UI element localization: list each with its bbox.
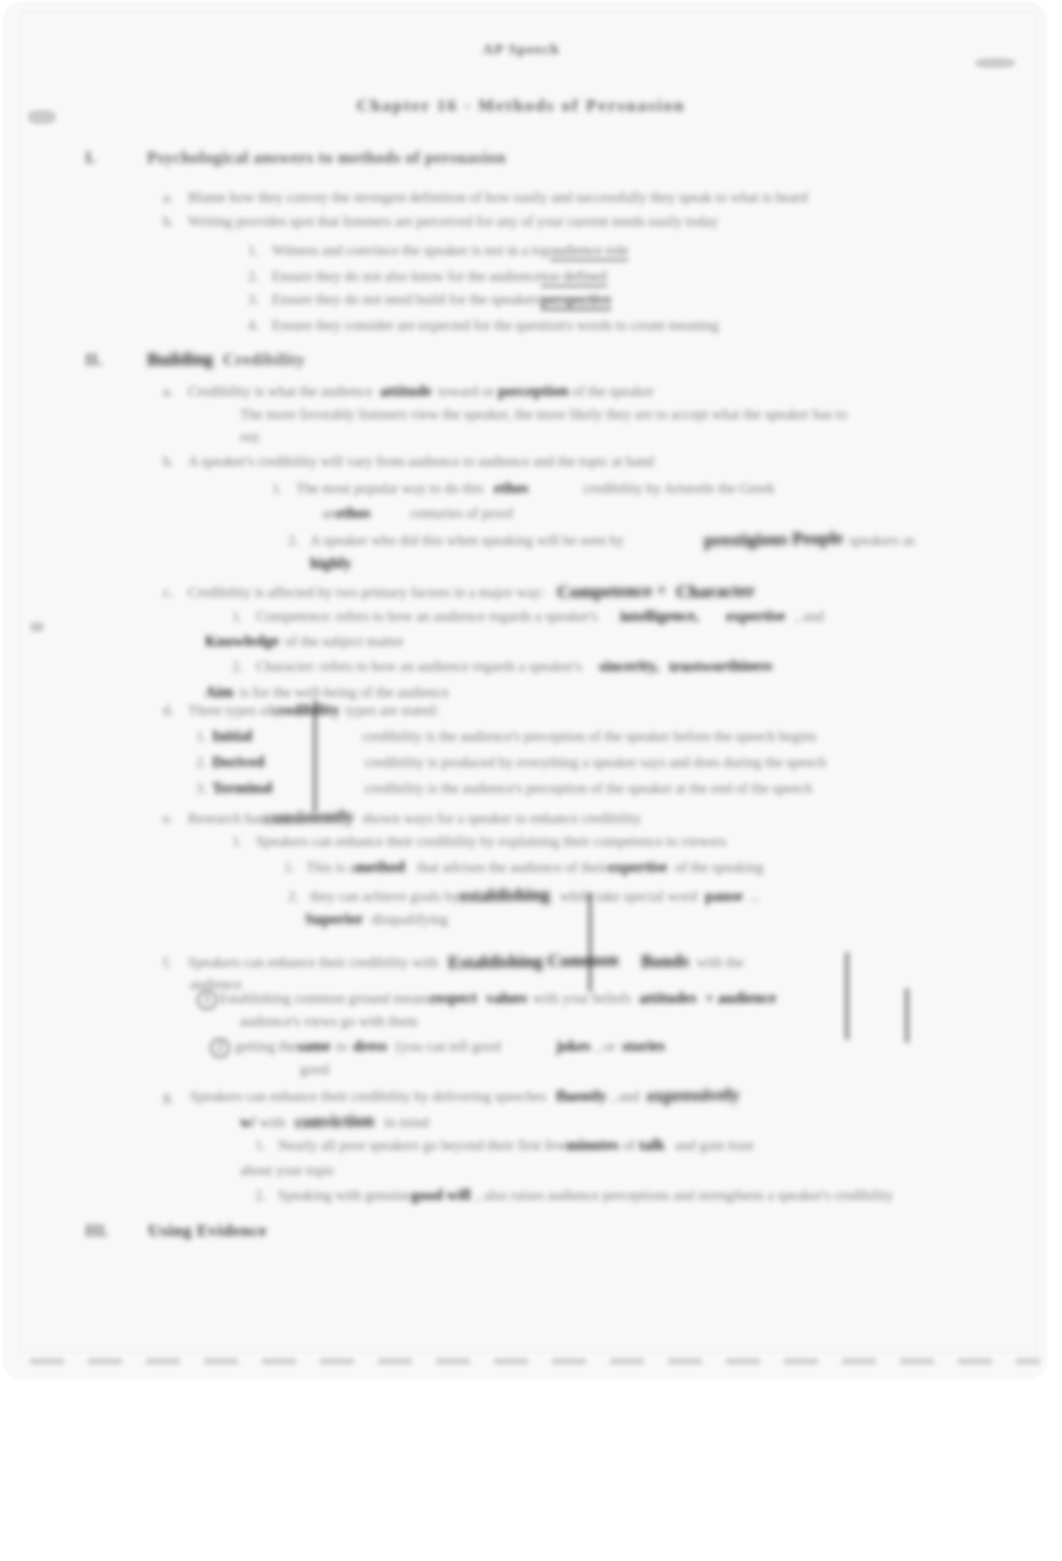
line-marker: II. (85, 352, 147, 369)
handwritten-text-segment: consistently (264, 807, 354, 827)
handwritten-text-segment: expertise (726, 609, 786, 625)
line-marker: 1. (284, 861, 306, 876)
pen-stroke (905, 988, 909, 1043)
outline-line: 2.they can achieve goals by establishing… (288, 886, 760, 905)
line-marker: 2. (196, 756, 212, 771)
outline-line: Aim is for the well-being of the audienc… (205, 685, 449, 701)
outline-line: an ethoscenturies of proof (322, 506, 513, 522)
handwritten-text-segment: minutes (566, 1138, 619, 1154)
outline-line: c.Credibility is affected by two primary… (163, 582, 755, 601)
typed-text-segment: to (336, 1040, 347, 1055)
line-marker: 1. (196, 730, 212, 745)
typed-text-segment: , and (796, 610, 824, 625)
line-marker: e. (163, 812, 188, 827)
typed-text-segment: Ensure they do not also know for the aud… (272, 270, 541, 285)
typed-text-segment: Ensure they do not need build for the sp… (272, 293, 541, 308)
typed-text-segment: This is a (306, 861, 355, 876)
outline-line: 1.Speakers can enhance their credibility… (232, 834, 726, 850)
handwritten-text-segment: stories (621, 1039, 664, 1055)
outline-line: Superior disqualifying (305, 912, 448, 928)
handwritten-text-segment: Superior (305, 912, 364, 928)
outline-line: The more favorably listeners view the sp… (240, 407, 847, 423)
typed-text-segment: shown ways for a speaker to enhance cred… (362, 812, 641, 827)
outline-line: 3.Terminalcredibility is the audience's … (196, 781, 812, 797)
line-marker: 1. (272, 482, 296, 497)
handwritten-text-segment: highly (310, 556, 352, 572)
handwritten-text-segment: expertise (607, 860, 667, 876)
typed-text-segment: A speaker's credibility will vary from a… (188, 455, 654, 470)
outline-line: audience's views go with them (240, 1014, 417, 1030)
handwritten-text-segment: Knowledge (205, 634, 279, 650)
pencil-mark (975, 58, 1015, 68)
document-page: AP Speech Chapter 16 - Methods of Persua… (0, 0, 1062, 1561)
typed-text-segment: Credibility (223, 352, 305, 369)
typed-text-segment: The more favorably listeners view the sp… (240, 408, 847, 423)
typed-text-segment: getting the (235, 1040, 297, 1055)
pen-stroke (588, 892, 592, 992)
line-marker: 2. (255, 1189, 278, 1204)
typed-text-segment: say. (240, 430, 262, 445)
typed-text-segment: Credibility is what the audience (188, 385, 372, 400)
typed-text-segment: an (322, 507, 336, 522)
line-marker: b. (163, 455, 188, 470)
line-marker: 2 (210, 1038, 230, 1058)
handwritten-text-segment: attitude (380, 384, 432, 400)
handwritten-text-segment: jokes (556, 1039, 591, 1055)
outline-line: good (300, 1062, 329, 1078)
line-marker: b. (163, 215, 188, 230)
typed-text-segment: Psychological answers to methods of pers… (147, 150, 506, 167)
outline-line: II.BuildingCredibility (85, 350, 305, 369)
outline-line: w/ with conviction in mind (240, 1112, 429, 1131)
handwritten-text-segment: respect (430, 991, 477, 1007)
typed-text-segment: Speakers can enhance their credibility b… (190, 1090, 546, 1105)
typed-text-segment: , or (596, 1040, 615, 1055)
outline-line: 2getting the same to dress (you can tell… (210, 1038, 665, 1058)
outline-line: f.Speakers can enhance their credibility… (163, 952, 744, 971)
handwritten-text-segment: pause (705, 889, 743, 905)
pen-stroke (845, 952, 849, 1040)
typed-text-segment: credibility is the audience's perception… (365, 782, 813, 797)
typed-text-segment: Nearly all poor speakers go beyond their… (278, 1139, 566, 1154)
typed-text-segment: is for the well-being of the audience (239, 686, 448, 701)
handwritten-text-segment: sincerity, (599, 659, 659, 675)
line-marker: 3. (248, 293, 272, 308)
outline-line: I.Psychological answers to methods of pe… (85, 150, 506, 167)
typed-text-segment: toward or (438, 385, 494, 400)
handwritten-text-segment: conviction (295, 1111, 374, 1130)
line-marker: 2. (288, 890, 310, 905)
typed-text-segment: with (260, 1116, 286, 1131)
outline-line: 1.Competence: refers to how an audience … (232, 609, 824, 625)
line-marker: 2. (288, 534, 310, 549)
outline-line: a.Blame how they convey the strongest de… (163, 190, 808, 206)
typed-text-segment: Using Evidence (148, 1222, 267, 1239)
typed-text-segment: of the speaking (675, 861, 764, 876)
line-marker: 1. (248, 244, 272, 259)
typed-text-segment: audience role (550, 244, 628, 261)
line-marker: a. (163, 385, 188, 400)
handwritten-text-segment: same (297, 1039, 331, 1055)
outline-line: 1.Initialcredibility is the audience's p… (196, 729, 816, 745)
handwritten-text-segment: ethos (336, 506, 371, 522)
typed-text-segment: Character: refers to how an audience reg… (256, 660, 581, 675)
typed-text-segment: , also raises audience perceptions and s… (477, 1189, 894, 1204)
typed-text-segment: that advises the audience of their (417, 861, 607, 876)
typed-text-segment: good (300, 1063, 329, 1078)
typed-text-segment: too defined (541, 270, 607, 287)
typed-text-segment: Blame how they convey the strongest defi… (188, 191, 808, 206)
handwritten-text-segment: method (355, 860, 405, 876)
line-marker: a. (163, 191, 188, 206)
typed-text-segment: Witness and convince the speaker is not … (272, 244, 550, 259)
handwritten-text-segment: values (485, 991, 527, 1007)
typed-text-segment: and gain trust (675, 1139, 754, 1154)
handwritten-text-segment: talk (639, 1138, 665, 1154)
typed-text-segment: The most popular way to do this (296, 482, 484, 497)
line-marker: III. (85, 1223, 148, 1240)
outline-line: Knowledge of the subject matter (205, 634, 404, 650)
handwritten-text-segment: intelligence, (620, 609, 699, 625)
line-marker: 1. (255, 1139, 278, 1154)
handwritten-text-segment: Aim (205, 685, 234, 701)
pencil-mark (28, 110, 56, 124)
handwritten-text-segment: + audience (705, 991, 776, 1007)
handwritten-text-segment: Establishing Common (448, 951, 619, 972)
line-marker: 2. (248, 270, 272, 285)
handwritten-text-segment: fluently (556, 1089, 607, 1105)
outline-line: highly (310, 556, 351, 572)
typed-text-segment: audience's views go with them (240, 1015, 417, 1030)
outline-line: 4.Ensure they consider are expected for … (248, 318, 719, 334)
outline-line: 1.Nearly all poor speakers go beyond the… (255, 1138, 754, 1154)
outline-line: b.Writing provides spot that listeners a… (163, 214, 718, 230)
line-marker: f. (163, 956, 188, 971)
handwritten-text-segment: Terminal (212, 781, 273, 797)
typed-text-segment: Three types of (188, 704, 272, 719)
outline-line: 1.Witness and convince the speaker is no… (248, 243, 628, 261)
handwritten-text-segment: Building (147, 349, 213, 368)
handwritten-text-segment: establishing (459, 885, 550, 905)
typed-text-segment: speakers as (849, 534, 915, 549)
scanned-page-card (4, 2, 1046, 1378)
handwritten-text-segment: w/ (240, 1115, 256, 1131)
handwritten-text-segment: prestigious People (704, 529, 843, 549)
line-marker: 2. (232, 660, 256, 675)
typed-text-segment: credibility by Aristotle the Greek (583, 482, 775, 497)
outline-line: a.Credibility is what the audience attit… (163, 384, 654, 400)
outline-line: g.Speakers can enhance their credibility… (163, 1086, 740, 1105)
handwritten-text-segment: dress (353, 1039, 387, 1055)
line-marker: 1. (232, 610, 256, 625)
line-marker: d. (163, 704, 188, 719)
outline-line: b.A speaker's credibility will vary from… (163, 454, 654, 470)
outline-line: say. (240, 429, 262, 445)
outline-line: 1.This is a methodthat advises the audie… (284, 860, 764, 876)
pencil-mark (30, 622, 44, 632)
typed-text-segment: centuries of proof (410, 507, 513, 522)
scanner-smudge-line (30, 1358, 1040, 1365)
handwritten-text-segment: Competence + (556, 581, 666, 601)
line-marker: 1 (197, 990, 217, 1010)
typed-text-segment: with your beliefs (533, 992, 631, 1007)
outline-line: e.Research has consistently shown ways f… (163, 808, 641, 827)
typed-text-segment: Ensure they consider are expected for th… (272, 319, 719, 334)
outline-line: 1Establishing common ground means respec… (197, 990, 776, 1010)
typed-text-segment: disqualifying (372, 913, 449, 928)
line-marker: I. (85, 150, 147, 167)
typed-text-segment: (you can tell good (396, 1040, 501, 1055)
typed-text-segment: ... (749, 890, 760, 905)
outline-line: III.Using Evidence (85, 1222, 267, 1240)
typed-text-segment: Speaking with genuine (278, 1189, 411, 1204)
handwritten-text-segment: credibility (272, 703, 340, 719)
line-marker: c. (163, 586, 188, 601)
typed-text-segment: about your topic (240, 1164, 335, 1179)
typed-text-segment: A speaker who did this when speaking wil… (310, 534, 624, 549)
outline-line: 3.Ensure they do not need build for the … (248, 292, 611, 310)
chapter-subtitle: Chapter 16 - Methods of Persuasion (0, 96, 1042, 116)
line-marker: g. (163, 1090, 190, 1105)
typed-text-segment: , and (611, 1090, 639, 1105)
line-marker: 4. (248, 319, 272, 334)
typed-text-segment: Speakers can enhance their credibility w… (188, 956, 438, 971)
handwritten-text-segment: Initial (212, 729, 253, 745)
handwritten-text-segment: attitudes (639, 991, 697, 1007)
handwritten-text-segment: Derived (212, 755, 265, 771)
typed-text-segment: they can achieve goals by (310, 890, 459, 905)
typed-text-segment: types are stated: (346, 704, 439, 719)
outline-line: 2.Character: refers to how an audience r… (232, 659, 773, 675)
typed-text-segment: with the (697, 956, 744, 971)
typed-text-segment: of (623, 1139, 635, 1154)
typed-text-segment: Competence: refers to how an audience re… (256, 610, 598, 625)
handwritten-text-segment: perspective (541, 293, 611, 310)
outline-line: about your topic (240, 1163, 335, 1179)
typed-text-segment: credibility is the audience's perception… (362, 730, 816, 745)
handwritten-text-segment: perception (498, 384, 568, 400)
outline-line: 2.Derivedcredibility is produced by ever… (196, 755, 826, 771)
handwritten-text-segment: Character (676, 581, 755, 600)
typed-text-segment: Establishing common ground means (219, 992, 430, 1007)
typed-text-segment: Writing provides spot that listeners are… (188, 215, 718, 230)
typed-text-segment: Research has (188, 812, 264, 827)
outline-line: 2.Ensure they do not also know for the a… (248, 269, 607, 287)
typed-text-segment: of the subject matter (285, 635, 404, 650)
handwritten-text-segment: trustworthiness (669, 658, 773, 675)
typed-text-segment: Credibility is affected by two primary f… (188, 586, 545, 601)
handwritten-text-segment: ethos (494, 481, 529, 497)
pen-stroke (313, 700, 317, 812)
line-marker: 1. (232, 835, 256, 850)
handwritten-text-segment: Bonds (640, 952, 688, 971)
line-marker: 3. (196, 782, 212, 797)
typed-text-segment: Speakers can enhance their credibility b… (256, 835, 726, 850)
typed-text-segment: while take special word (560, 890, 697, 905)
typed-text-segment: in mind (384, 1116, 429, 1131)
outline-line: d.Three types of credibility types are s… (163, 703, 439, 719)
outline-line: 2.A speaker who did this when speaking w… (288, 530, 915, 549)
page-title: AP Speech (0, 42, 1042, 59)
handwritten-text-segment: good will (411, 1188, 471, 1204)
typed-text-segment: credibility is produced by everything a … (365, 756, 826, 771)
typed-text-segment: of the speaker (572, 385, 653, 400)
outline-line: 2.Speaking with genuine good will, also … (255, 1188, 893, 1204)
handwritten-text-segment: expressively (647, 1085, 740, 1105)
outline-line: 1.The most popular way to do this ethosc… (272, 481, 775, 497)
